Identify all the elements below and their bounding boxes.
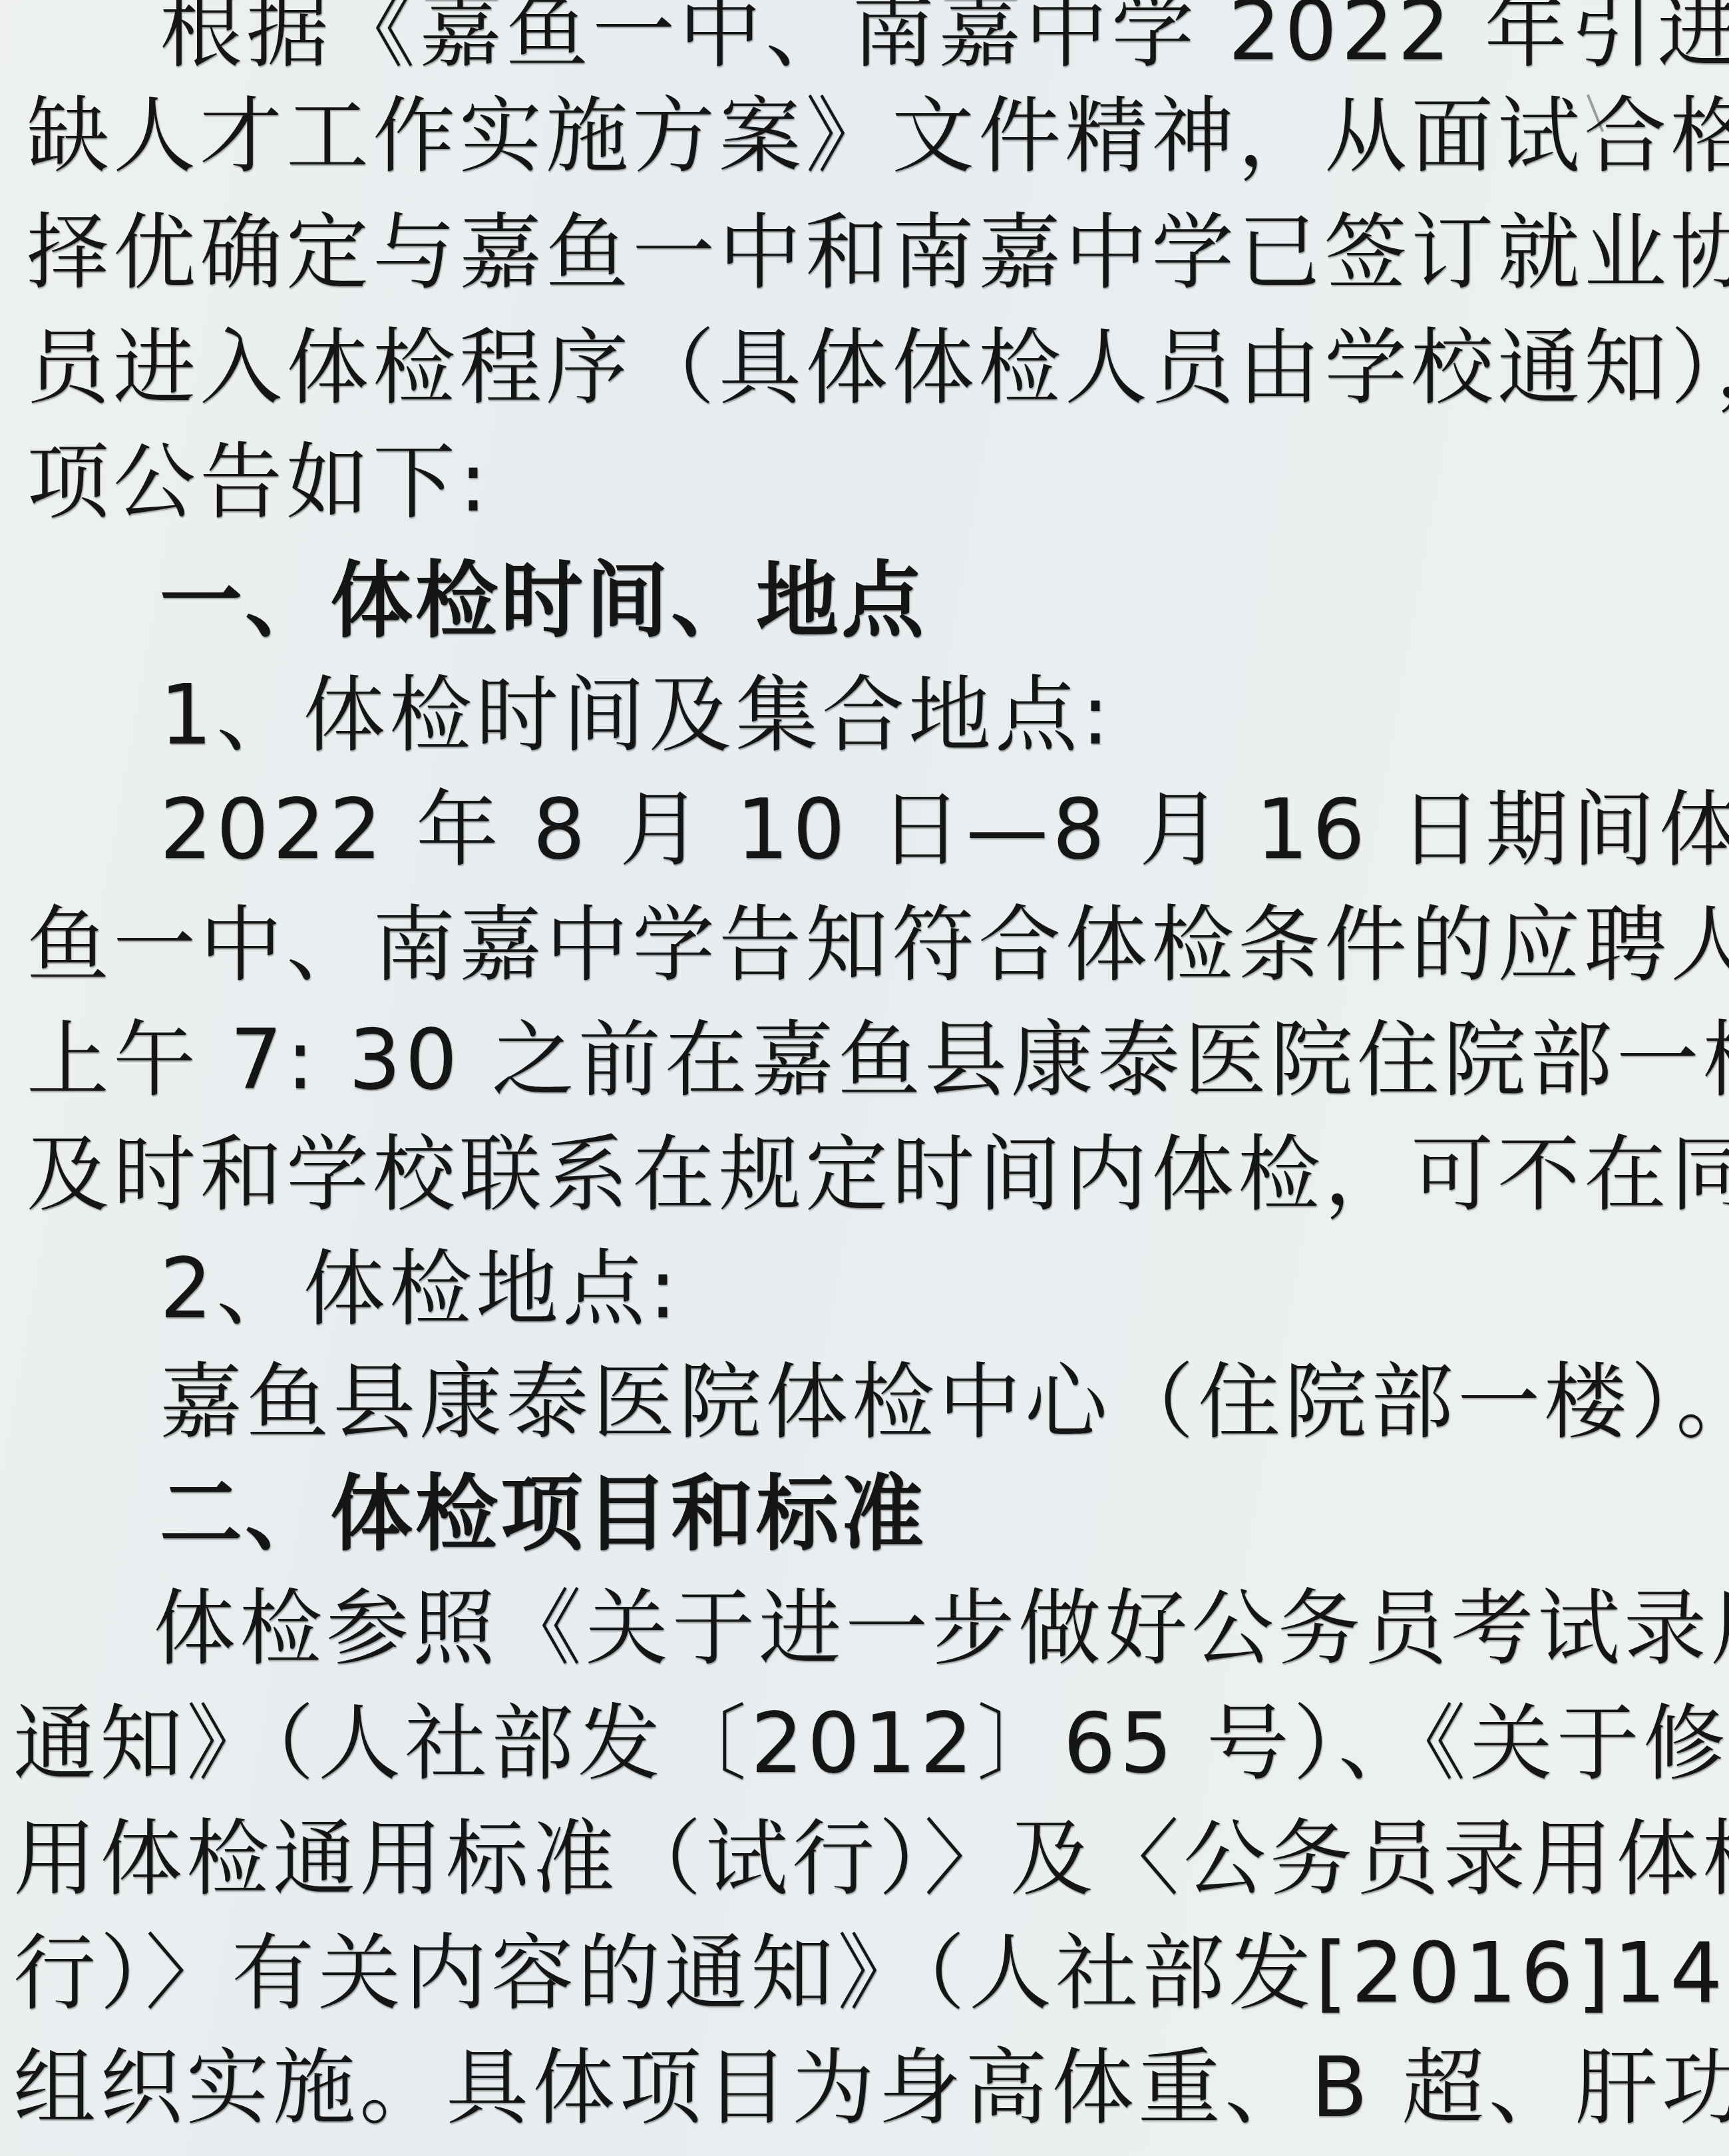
subsection-1-line-4: 及时和学校联系在规定时间内体检，可不在同一时间体检)。 [27, 1118, 1710, 1231]
section-2-line-4: 行）〉有关内容的通知》（人社部发[2016]140 号）等规定 [13, 1917, 1710, 2030]
intro-line-5: 项公告如下: [27, 426, 825, 539]
intro-line-1: 根据《嘉鱼一中、南嘉中学 2022 年引进高层次及急需紧 [160, 0, 1710, 88]
section-2-line-5: 组织实施。具体项目为身高体重、B 超、肝功能、肾功能、 [13, 2032, 1710, 2145]
intro-line-3: 择优确定与嘉鱼一中和南嘉中学已签订就业协议的应聘人 [27, 196, 1710, 310]
subsection-1-line-2: 鱼一中、南嘉中学告知符合体检条件的应聘人员。体检当日 [27, 889, 1710, 1002]
subsection-1-line-1: 2022 年 8 月 10 日—8 月 16 日期间体检。具体时间由嘉 [160, 773, 1710, 887]
subsection-2-line-1: 嘉鱼县康泰医院体检中心（住院部一楼）。 [160, 1346, 1358, 1459]
section-2-line-1: 体检参照《关于进一步做好公务员考试录用体检工作的 [153, 1572, 1710, 1685]
section-2-line-3: 用体检通用标准（试行）〉及〈公务员录用体检操作手册（试 [13, 1803, 1710, 1916]
intro-line-4: 员进入体检程序（具体体检人员由学校通知），现将有关事 [27, 312, 1710, 425]
subsection-1-title: 1、体检时间及集合地点: [160, 659, 1025, 772]
subsection-2-title: 2、体检地点: [160, 1233, 825, 1346]
section-2-heading: 二、体检项目和标准 [160, 1458, 958, 1571]
subsection-1-line-3: 上午 7: 30 之前在嘉鱼县康泰医院住院部一楼集合(经期女生 [27, 1004, 1710, 1117]
document-page: 根据《嘉鱼一中、南嘉中学 2022 年引进高层次及急需紧 缺人才工作实施方案》文… [0, 0, 1729, 2156]
section-2-line-2: 通知》（人社部发〔2012〕65 号）、《关于修订〈公务员录 [13, 1687, 1710, 1801]
section-1-heading: 一、体检时间、地点 [160, 544, 958, 658]
intro-line-2: 缺人才工作实施方案》文件精神，从面试合格的应聘人员中 [27, 80, 1710, 193]
